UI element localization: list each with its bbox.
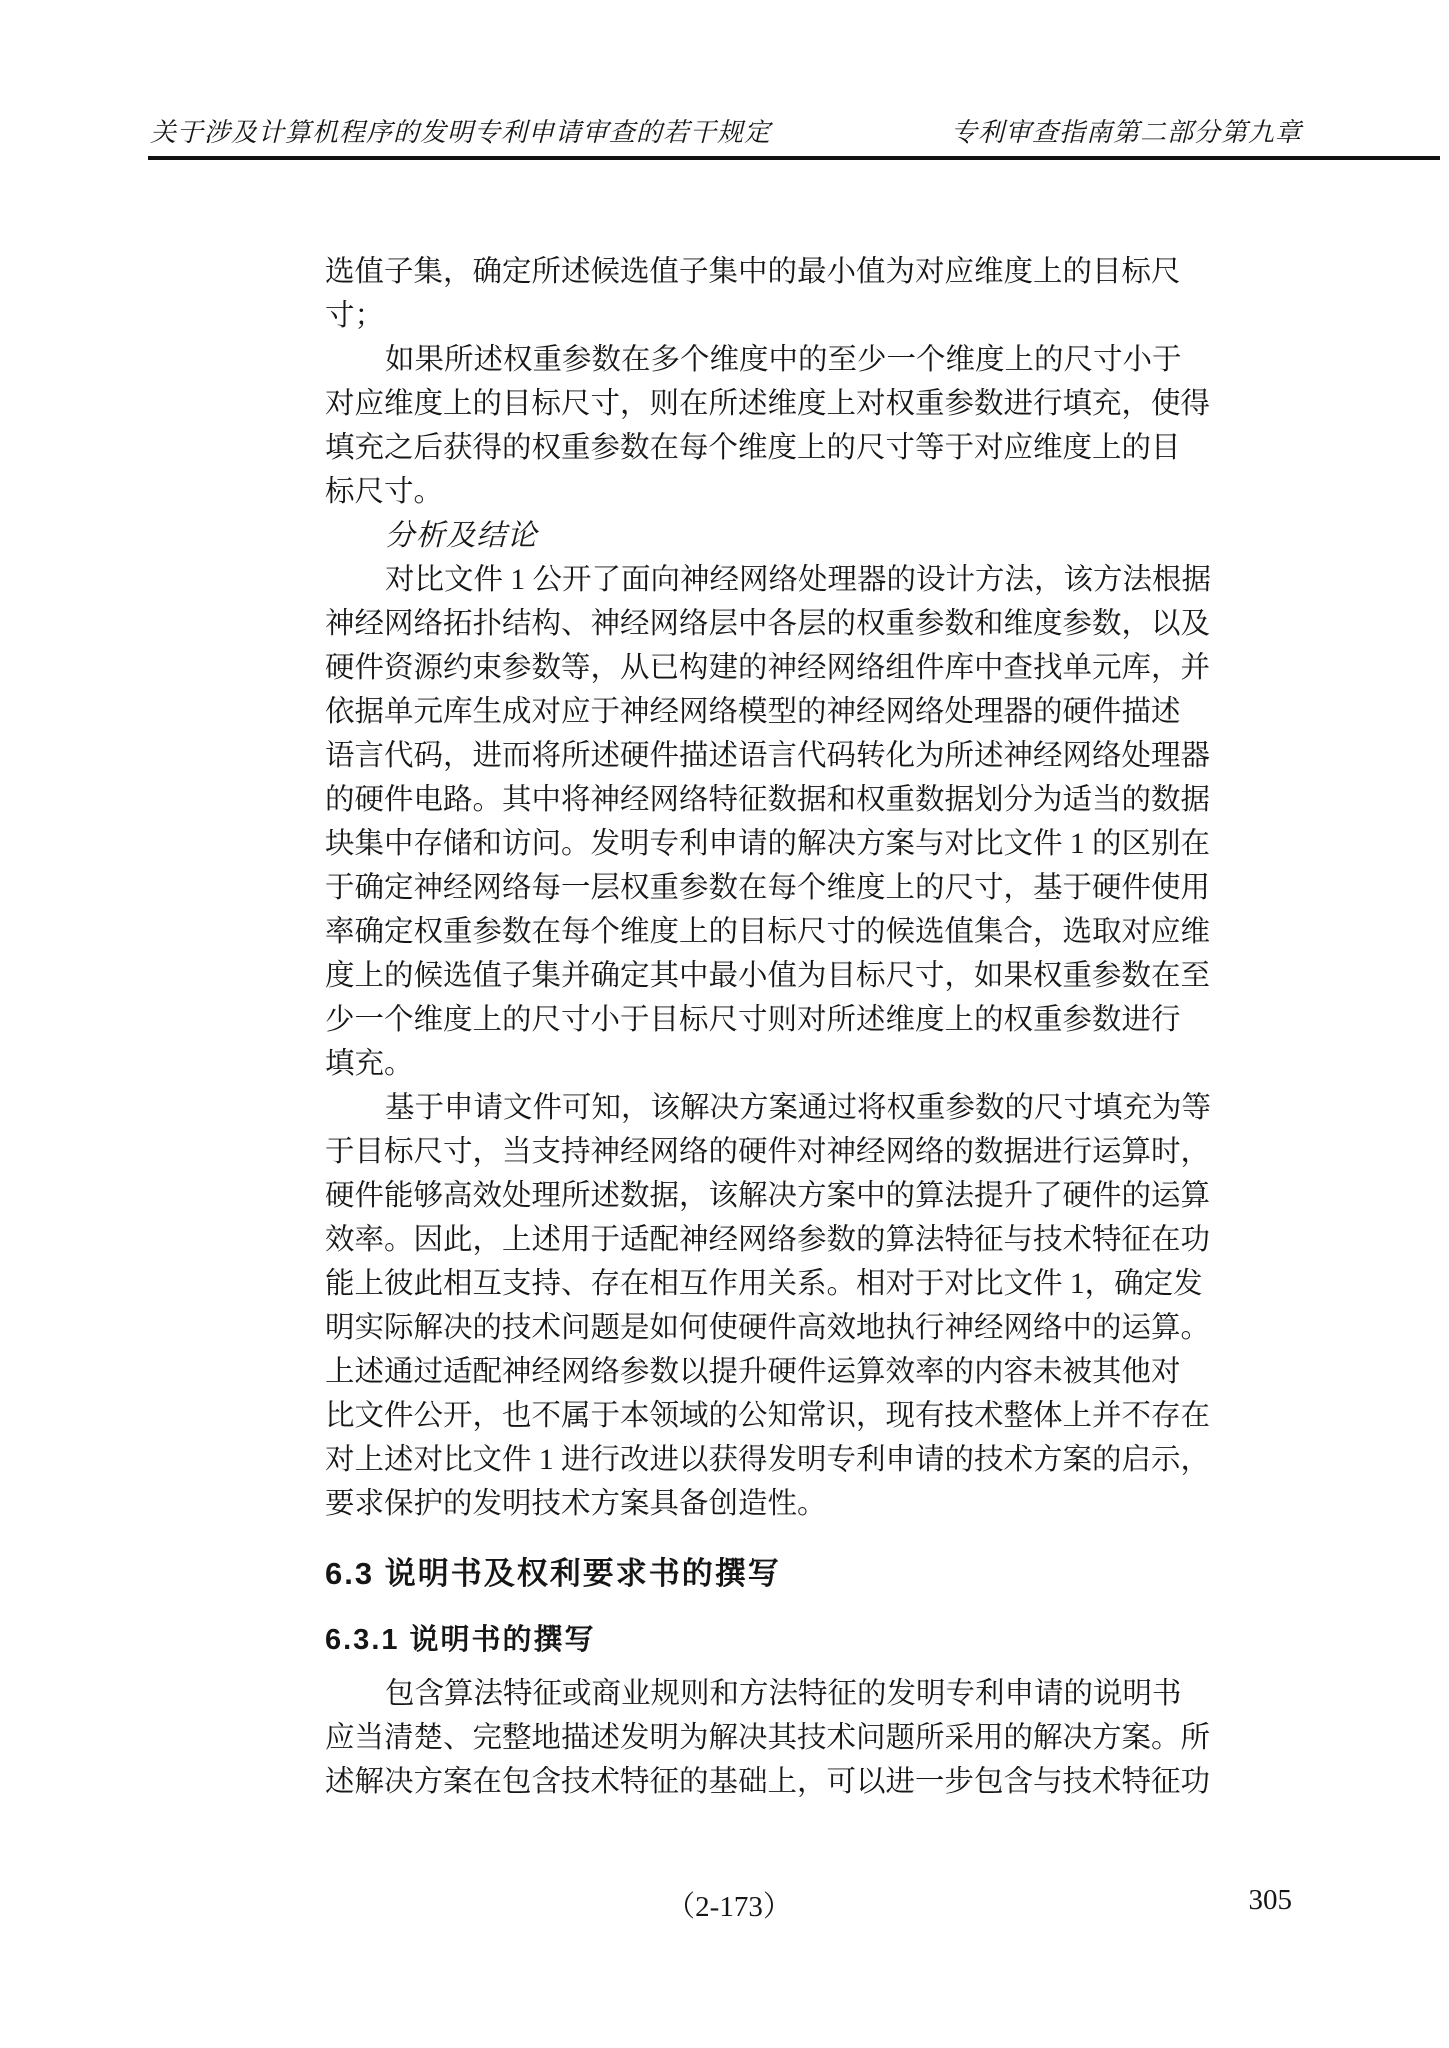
text-line: 的硬件电路。其中将神经网络特征数据和权重数据划分为适当的数据 [325, 778, 1133, 822]
text-line: 如果所述权重参数在多个维度中的至少一个维度上的尺寸小于 [325, 338, 1133, 382]
text-line: 语言代码，进而将所述硬件描述语言代码转化为所述神经网络处理器 [325, 734, 1133, 778]
text-line: 上述通过适配神经网络参数以提升硬件运算效率的内容未被其他对 [325, 1350, 1133, 1394]
section-heading: 6.3 说明书及权利要求书的撰写 [325, 1552, 1133, 1596]
running-header-right: 专利审查指南第二部分第九章 [951, 112, 1302, 149]
text-line: 填充。 [325, 1042, 1133, 1086]
header-divider-rule [148, 156, 1440, 160]
text-line: 度上的候选值子集并确定其中最小值为目标尺寸，如果权重参数在至 [325, 954, 1133, 998]
text-line: 于确定神经网络每一层权重参数在每个维度上的尺寸，基于硬件使用 [325, 866, 1133, 910]
text-line: 述解决方案在包含技术特征的基础上，可以进一步包含与技术特征功 [325, 1760, 1133, 1804]
text-line: 比文件公开，也不属于本领域的公知常识，现有技术整体上并不存在 [325, 1394, 1133, 1438]
text-line: 明实际解决的技术问题是如何使硬件高效地执行神经网络中的运算。 [325, 1306, 1133, 1350]
text-line: 依据单元库生成对应于神经网络模型的神经网络处理器的硬件描述 [325, 690, 1133, 734]
text-line: 对应维度上的目标尺寸，则在所述维度上对权重参数进行填充，使得 [325, 382, 1133, 426]
running-header: 关于涉及计算机程序的发明专利申请审查的若干规定 专利审查指南第二部分第九章 [150, 112, 1302, 149]
text-line: 选值子集，确定所述候选值子集中的最小值为对应维度上的目标尺 [325, 250, 1133, 294]
text-line: 包含算法特征或商业规则和方法特征的发明专利申请的说明书 [325, 1672, 1133, 1716]
text-line: 标尺寸。 [325, 470, 1133, 514]
text-line: 能上彼此相互支持、存在相互作用关系。相对于对比文件 1，确定发 [325, 1262, 1133, 1306]
text-line: 对比文件 1 公开了面向神经网络处理器的设计方法，该方法根据 [325, 558, 1133, 602]
text-line: 寸； [325, 294, 1133, 338]
text-line: 基于申请文件可知，该解决方案通过将权重参数的尺寸填充为等 [325, 1086, 1133, 1130]
text-line: 对上述对比文件 1 进行改进以获得发明专利申请的技术方案的启示， [325, 1438, 1133, 1482]
text-line: 于目标尺寸，当支持神经网络的硬件对神经网络的数据进行运算时， [325, 1130, 1133, 1174]
text-line: 分析及结论 [325, 514, 1133, 558]
document-body: 选值子集，确定所述候选值子集中的最小值为对应维度上的目标尺寸；如果所述权重参数在… [325, 250, 1133, 1804]
text-line: 率确定权重参数在每个维度上的目标尺寸的候选值集合，选取对应维 [325, 910, 1133, 954]
text-line: 应当清楚、完整地描述发明为解决其技术问题所采用的解决方案。所 [325, 1716, 1133, 1760]
text-line: 硬件能够高效处理所述数据，该解决方案中的算法提升了硬件的运算 [325, 1174, 1133, 1218]
text-line: 硬件资源约束参数等，从已构建的神经网络组件库中查找单元库，并 [325, 646, 1133, 690]
text-line: 少一个维度上的尺寸小于目标尺寸则对所述维度上的权重参数进行 [325, 998, 1133, 1042]
text-line: 填充之后获得的权重参数在每个维度上的尺寸等于对应维度上的目 [325, 426, 1133, 470]
text-line: 效率。因此，上述用于适配神经网络参数的算法特征与技术特征在功 [325, 1218, 1133, 1262]
text-line: 要求保护的发明技术方案具备创造性。 [325, 1482, 1133, 1526]
footer-section-page-label: （2-173） [325, 1884, 1133, 1925]
running-header-left: 关于涉及计算机程序的发明专利申请审查的若干规定 [150, 112, 771, 149]
footer-page-number: 305 [1249, 1884, 1293, 1917]
text-line: 块集中存储和访问。发明专利申请的解决方案与对比文件 1 的区别在 [325, 822, 1133, 866]
text-line: 神经网络拓扑结构、神经网络层中各层的权重参数和维度参数，以及 [325, 602, 1133, 646]
section-heading: 6.3.1 说明书的撰写 [325, 1618, 1133, 1662]
document-page: 关于涉及计算机程序的发明专利申请审查的若干规定 专利审查指南第二部分第九章 选值… [0, 0, 1449, 2048]
